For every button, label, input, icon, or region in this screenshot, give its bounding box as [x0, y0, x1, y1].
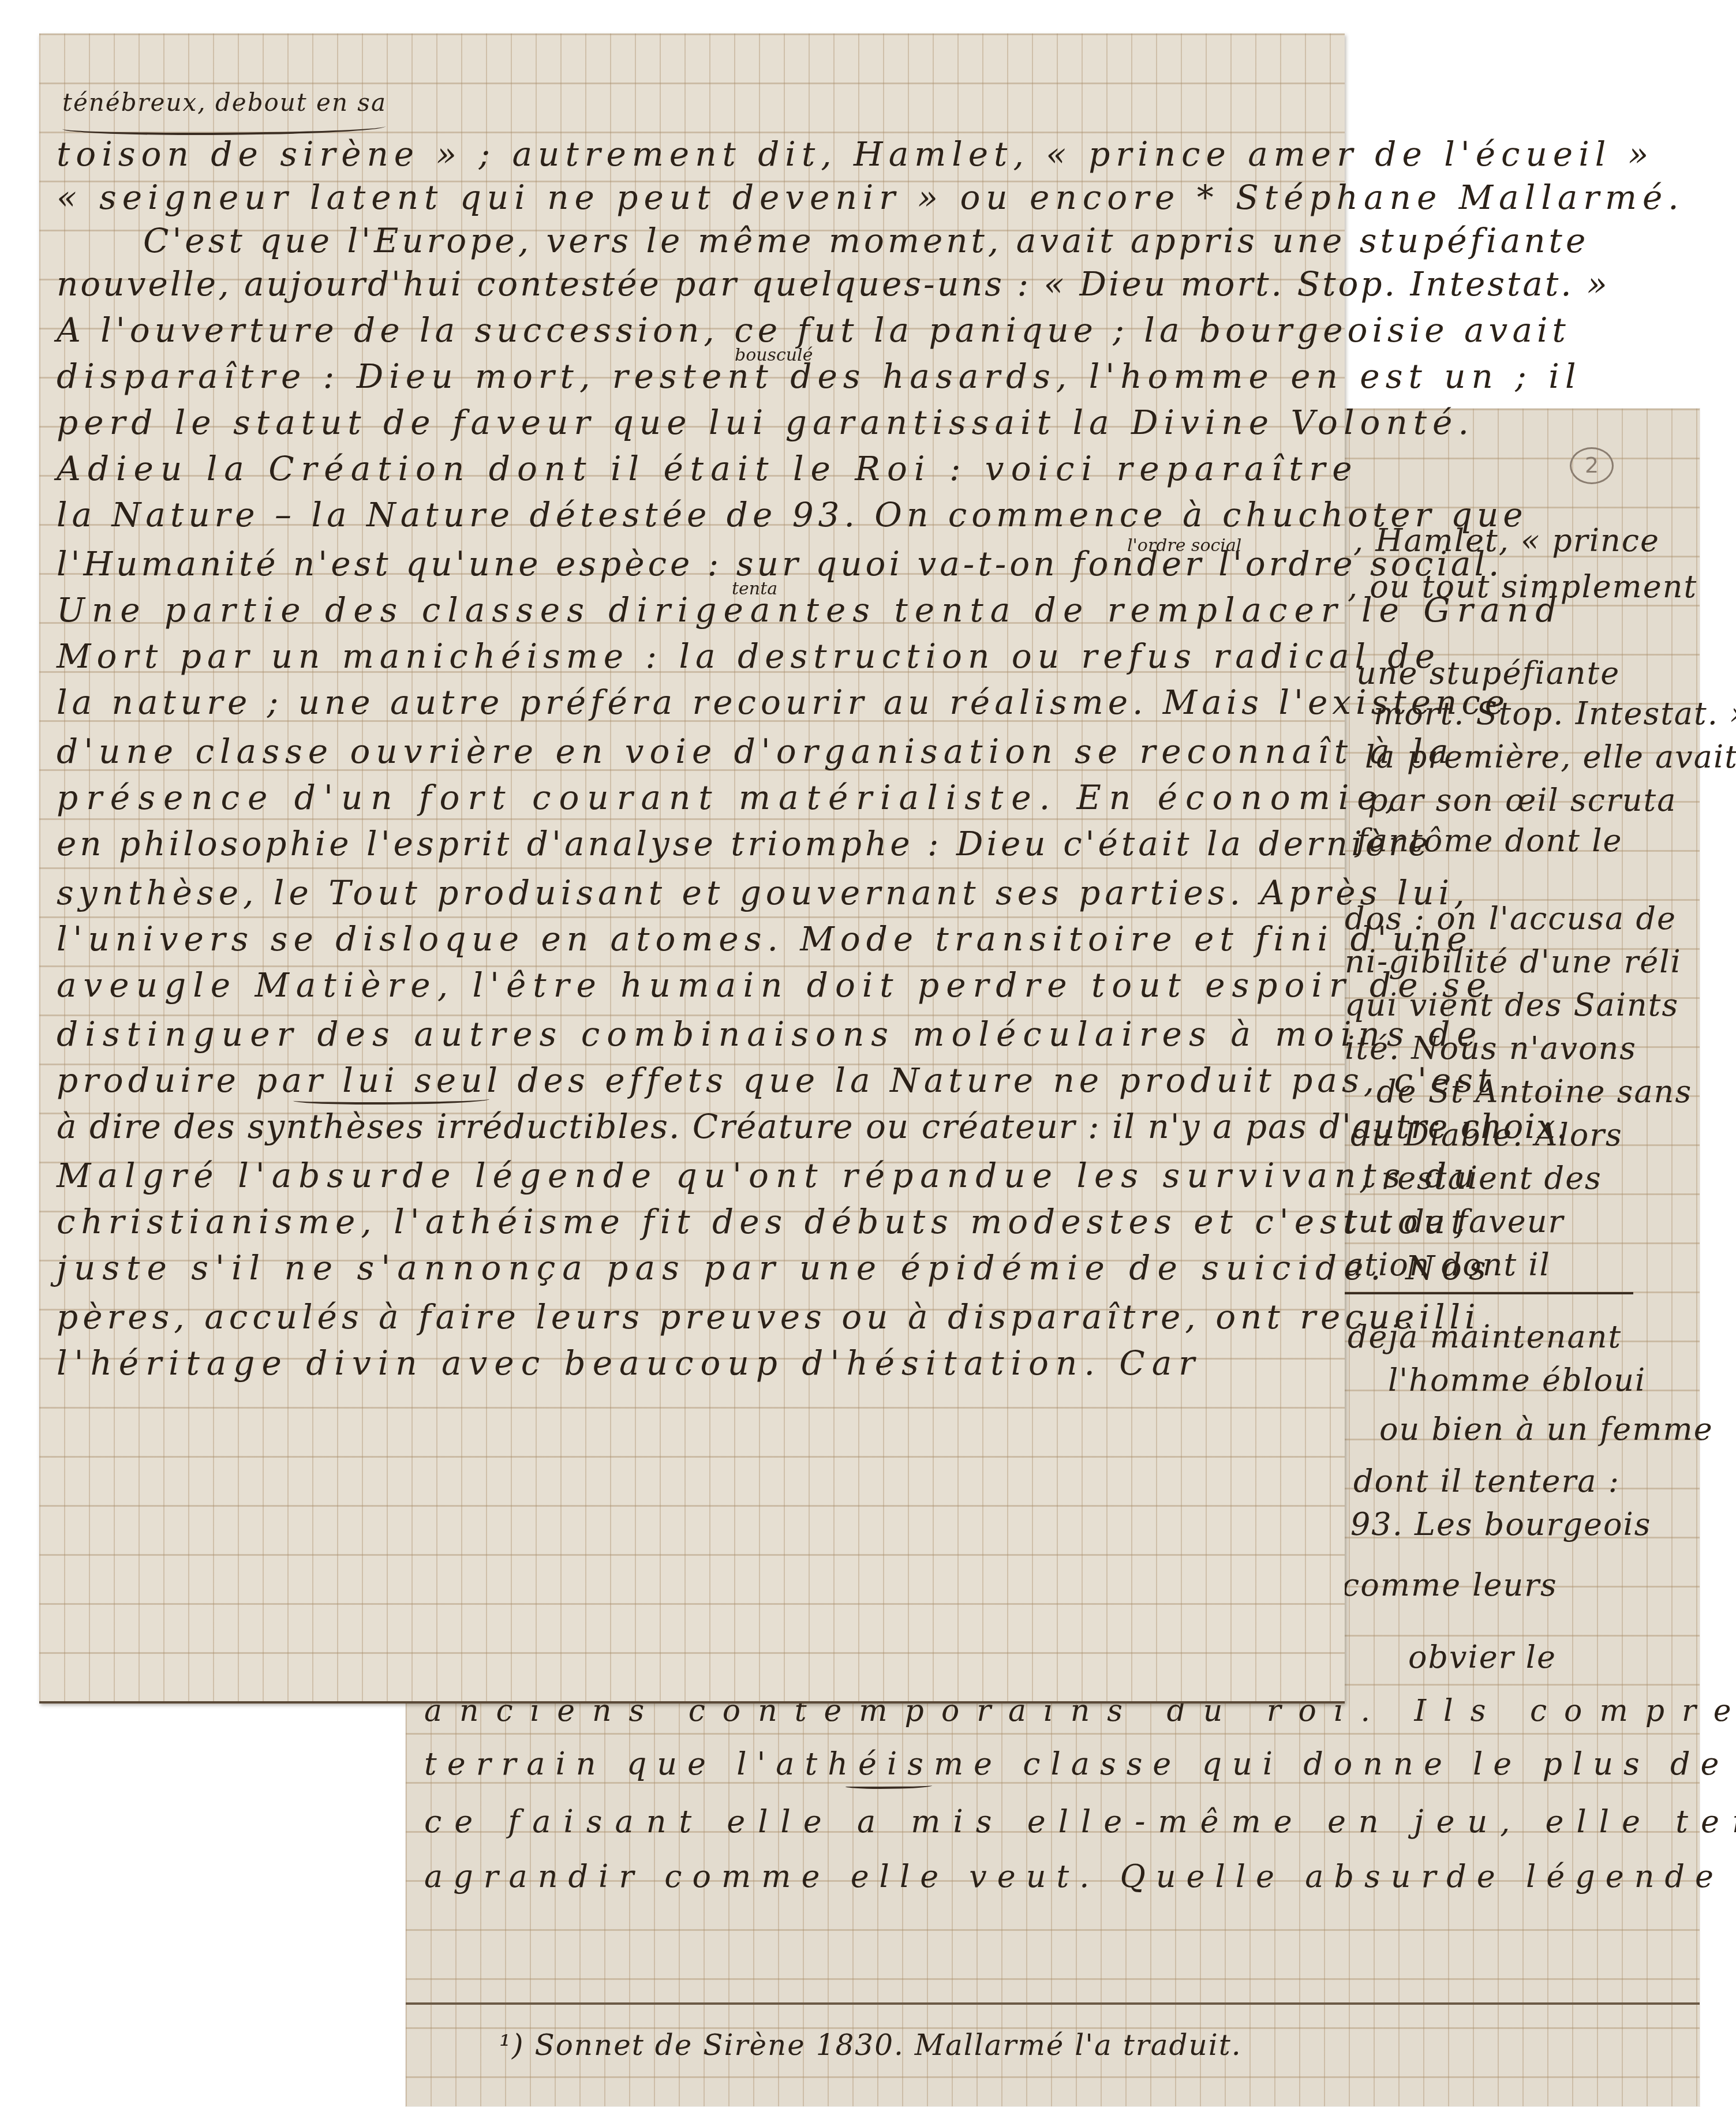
heading-fragment: ténébreux, debout en sa — [62, 88, 387, 117]
front-line: l'Humanité n'est qu'une espèce : sur quo… — [57, 544, 1502, 583]
front-line: « seigneur latent qui ne peut devenir » … — [57, 178, 1685, 217]
front-line: Une partie des classes dirigeantes tenta… — [57, 590, 1563, 630]
underline-stroke-par-lui-seul — [293, 1095, 489, 1105]
front-line: juste s'il ne s'annonça pas par une épid… — [57, 1248, 1493, 1287]
underline-stroke-heading — [62, 120, 386, 135]
front-line: la Nature – la Nature détestée de 93. On… — [57, 495, 1528, 534]
page-number-circle: 2 — [1570, 447, 1614, 484]
front-line: à dire des synthèses irréductibles. Créa… — [57, 1107, 1568, 1146]
front-line: d'une classe ouvrière en voie d'organisa… — [57, 732, 1454, 771]
front-line: synthèse, le Tout produisant et gouverna… — [57, 873, 1469, 912]
front-line: A l'ouverture de la succession, ce fut l… — [57, 310, 1570, 350]
back-line: dont il tentera : — [1353, 1463, 1620, 1499]
back-bottom-line: terrain que l'athéisme classe qui donne … — [424, 1746, 1736, 1782]
front-line: toison de sirène » ; autrement dit, Haml… — [57, 134, 1654, 174]
back-line: 93. Les bourgeois — [1350, 1506, 1651, 1543]
back-bottom-line: agrandir comme elle veut. Quelle absurde… — [424, 1858, 1724, 1895]
back-line: ou bien à un femme — [1379, 1411, 1713, 1447]
back-line: l'homme ébloui — [1388, 1362, 1646, 1398]
front-line: Mort par un manichéisme : la destruction… — [57, 637, 1441, 676]
front-line: Adieu la Création dont il était le Roi :… — [57, 449, 1359, 488]
front-line: nouvelle, aujourd'hui contestée par quel… — [57, 264, 1610, 304]
footnote: ¹) Sonnet de Sirène 1830. Mallarmé l'a t… — [499, 2028, 1242, 2062]
back-bottom-line: ce faisant elle a mis elle-même en jeu, … — [424, 1803, 1736, 1840]
front-line: C'est que l'Europe, vers le même moment,… — [143, 221, 1589, 260]
footnote-separator-line — [406, 2002, 1700, 2005]
underline-stroke — [1345, 1290, 1633, 1294]
front-line: Malgré l'absurde légende qu'ont répandue… — [57, 1156, 1481, 1195]
front-line: présence d'un fort courant matérialiste.… — [57, 778, 1404, 817]
back-line: par son œil scruta — [1368, 782, 1677, 818]
front-line: aveugle Matière, l'être humain doit perd… — [57, 965, 1493, 1005]
front-line: disparaître : Dieu mort, restent des has… — [57, 357, 1581, 396]
front-line: produire par lui seul des effets que la … — [57, 1061, 1495, 1100]
back-line: obvier le — [1408, 1639, 1557, 1675]
front-line: christianisme, l'athéisme fit des débuts… — [57, 1202, 1470, 1241]
front-line: l'héritage divin avec beaucoup d'hésitat… — [57, 1343, 1202, 1383]
front-line: pères, acculés à faire leurs preuves ou … — [57, 1297, 1480, 1336]
front-manuscript-sheet: ténébreux, debout en sa toison de sirène… — [39, 33, 1345, 1704]
front-line: l'univers se disloque en atomes. Mode tr… — [57, 919, 1473, 959]
front-line: distinguer des autres combinaisons moléc… — [57, 1014, 1484, 1054]
front-line: perd le statut de faveur que lui garanti… — [57, 403, 1475, 442]
front-line: en philosophie l'esprit d'analyse triomp… — [57, 824, 1431, 863]
back-line: comme leurs — [1342, 1567, 1558, 1603]
front-line: la nature ; une autre préféra recourir a… — [57, 683, 1509, 722]
